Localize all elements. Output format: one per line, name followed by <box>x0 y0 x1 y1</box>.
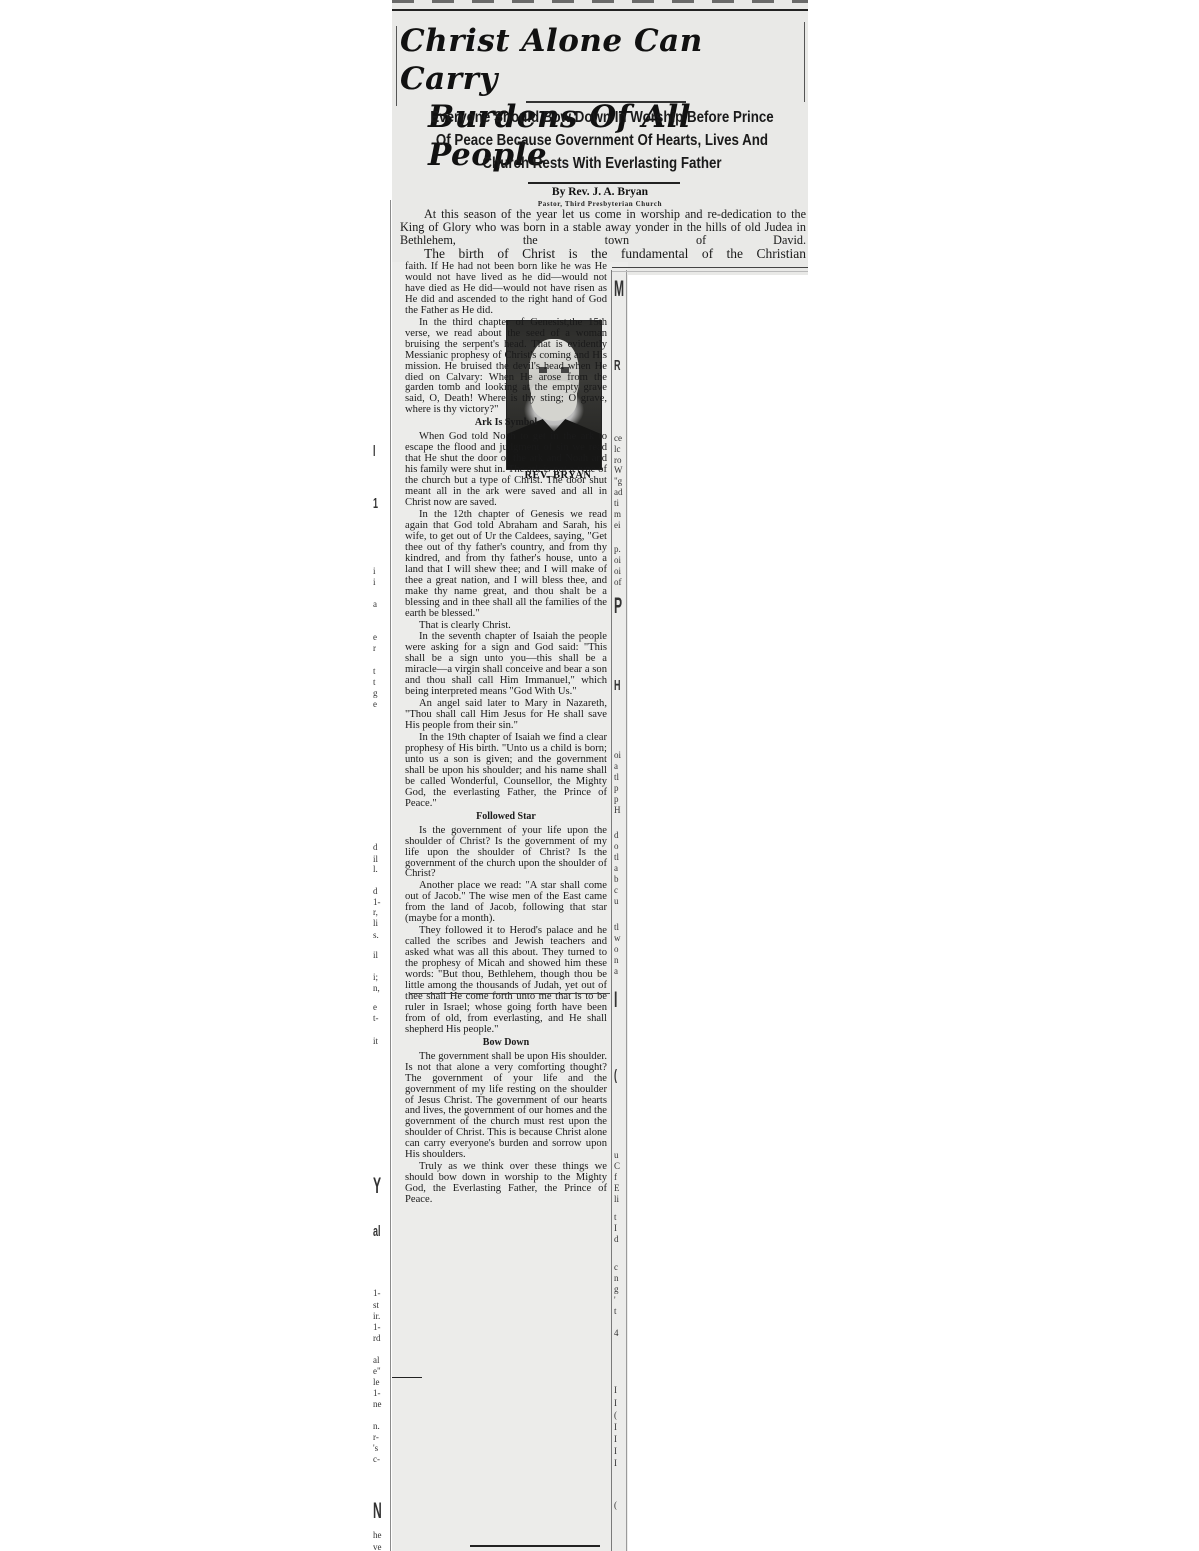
adjacent-text-fragment: e <box>373 632 377 643</box>
adjacent-column-left-fragments: l1iiaerttgedill.d1-r,lis.ili;n,et-itYal1… <box>372 262 390 1551</box>
adjacent-text-fragment: c <box>614 885 618 896</box>
adjacent-text-fragment: li <box>614 1194 619 1205</box>
adjacent-text-fragment: t- <box>373 1013 379 1024</box>
adjacent-text-fragment: d <box>614 1234 619 1245</box>
body-paragraph: The government shall be upon His shoulde… <box>405 1052 607 1162</box>
adjacent-text-fragment: li <box>373 918 378 929</box>
byline: By Rev. J. A. Bryan <box>392 186 808 198</box>
adjacent-text-fragment: st <box>373 1300 379 1311</box>
adjacent-text-fragment: e" <box>373 1366 381 1377</box>
adjacent-text-fragment: ce <box>614 433 622 444</box>
adjacent-text-fragment: d <box>614 830 619 841</box>
adjacent-text-fragment: M <box>614 283 624 294</box>
adjacent-text-fragment: it <box>373 1036 378 1047</box>
adjacent-text-fragment: I <box>614 1385 617 1396</box>
column-rule-middle-outer <box>626 270 627 1551</box>
body-paragraph: They followed it to Herod's palace and h… <box>405 926 607 1036</box>
adjacent-text-fragment: ne <box>373 1399 382 1410</box>
body-paragraph: Another place we read: "A star shall com… <box>405 881 607 925</box>
adjacent-text-fragment: n, <box>373 983 380 994</box>
adjacent-text-fragment: I <box>614 1446 617 1457</box>
adjacent-text-fragment: "g <box>614 476 622 487</box>
body-paragraph: In the 19th chapter of Isaiah we find a … <box>405 733 607 810</box>
adjacent-text-fragment: 1- <box>373 1322 381 1333</box>
adjacent-text-fragment: i <box>373 566 376 577</box>
column-rule-middle <box>611 270 612 1551</box>
adjacent-text-fragment: W <box>614 465 623 476</box>
adjacent-text-fragment: P <box>614 600 622 611</box>
adjacent-text-fragment: n. <box>373 1421 380 1432</box>
adjacent-text-fragment: 's <box>373 1443 378 1454</box>
adjacent-text-fragment: n <box>614 1273 619 1284</box>
adjacent-text-fragment: oi <box>614 555 621 566</box>
adjacent-text-fragment: g <box>373 688 378 699</box>
adjacent-text-fragment: p <box>614 783 619 794</box>
adjacent-text-fragment: Y <box>373 1180 381 1191</box>
adjacent-text-fragment: I <box>614 1398 617 1409</box>
column-rule-left <box>390 200 391 1551</box>
adjacent-text-fragment: ve <box>373 1542 382 1551</box>
adjacent-text-fragment: t <box>373 677 376 688</box>
adjacent-text-fragment: I <box>614 994 617 1005</box>
adjacent-text-fragment: f <box>614 1172 617 1183</box>
adjacent-text-fragment: t <box>614 1212 617 1223</box>
adjacent-text-fragment: he <box>373 1530 382 1541</box>
adjacent-text-fragment: u <box>614 896 619 907</box>
top-bleed-previous-headline <box>392 0 808 8</box>
scan-artifact-line <box>410 993 610 994</box>
adjacent-text-fragment: I <box>614 1458 617 1469</box>
adjacent-text-fragment: n <box>614 955 619 966</box>
article-end-rule <box>470 1545 600 1547</box>
adjacent-column-right-fragments: MRcelcroW"gadtimeip.oioiofPHoiatlppHdotl… <box>613 262 626 1551</box>
adjacent-text-fragment: i <box>373 577 376 588</box>
adjacent-text-fragment: tl <box>614 852 619 863</box>
adjacent-text-fragment: l. <box>373 864 378 875</box>
adjacent-text-fragment: m <box>614 509 621 520</box>
adjacent-text-fragment: o <box>614 841 619 852</box>
adjacent-text-fragment: I <box>614 1223 617 1234</box>
headline-line-1: Christ Alone Can Carry <box>400 22 805 98</box>
adjacent-text-fragment: lc <box>614 444 621 455</box>
adjacent-text-fragment: s. <box>373 930 379 941</box>
adjacent-text-fragment: ( <box>614 1500 617 1511</box>
adjacent-text-fragment: ad <box>614 487 623 498</box>
adjacent-text-fragment: N <box>373 1505 382 1516</box>
body-paragraph: When God told Noah to get in the ark to … <box>405 432 607 509</box>
adjacent-text-fragment: E <box>614 1183 620 1194</box>
adjacent-text-fragment: al <box>373 1355 380 1366</box>
adjacent-text-fragment: a <box>614 863 618 874</box>
body-paragraph: Truly as we think over these things we s… <box>405 1162 607 1206</box>
headline-divider <box>526 101 686 103</box>
adjacent-text-fragment: R <box>614 360 621 371</box>
adjacent-text-fragment: g <box>614 1284 619 1295</box>
adjacent-text-fragment: 1- <box>373 1388 381 1399</box>
adjacent-text-fragment: c- <box>373 1454 380 1465</box>
adjacent-text-fragment: ' <box>614 1295 616 1306</box>
adjacent-text-fragment: c <box>614 1262 618 1273</box>
body-paragraph: Is the government of your life upon the … <box>405 826 607 881</box>
top-rule <box>392 9 808 11</box>
adjacent-text-fragment: a <box>614 761 618 772</box>
body-paragraph: An angel said later to Mary in Nazareth,… <box>405 699 607 732</box>
adjacent-text-fragment: p. <box>614 544 621 555</box>
section-divider <box>612 267 808 268</box>
adjacent-text-fragment: r- <box>373 1432 379 1443</box>
lead-text: At this season of the year let us come i… <box>400 208 806 261</box>
adjacent-text-fragment: b <box>614 874 619 885</box>
adjacent-text-fragment: oi <box>614 566 621 577</box>
adjacent-text-fragment: w <box>614 933 621 944</box>
section-divider-shadow <box>612 271 808 272</box>
adjacent-text-fragment: ti <box>614 498 619 509</box>
adjacent-text-fragment: e <box>373 1002 377 1013</box>
adjacent-text-fragment: 4 <box>614 1328 619 1339</box>
lead-paragraph: The birth of Christ is the fundamental o… <box>400 247 806 261</box>
adjacent-text-fragment: r <box>373 643 376 654</box>
adjacent-text-fragment: t <box>373 666 376 677</box>
adjacent-text-fragment: I <box>614 1422 617 1433</box>
adjacent-text-fragment: 1- <box>373 1288 381 1299</box>
adjacent-text-fragment: H <box>614 680 621 691</box>
adjacent-text-fragment: l <box>373 446 376 457</box>
adjacent-text-fragment: ir. <box>373 1311 380 1322</box>
adjacent-text-fragment: tl <box>614 922 619 933</box>
lead-paragraph: At this season of the year let us come i… <box>400 208 806 247</box>
adjacent-text-fragment: ( <box>614 1410 617 1421</box>
adjacent-text-fragment: d <box>373 842 378 853</box>
adjacent-text-fragment: 1 <box>373 498 378 509</box>
body-paragraph: In the seventh chapter of Isaiah the peo… <box>405 632 607 698</box>
adjacent-text-fragment: e <box>373 699 377 710</box>
adjacent-text-fragment: I <box>614 1434 617 1445</box>
adjacent-text-fragment: H <box>614 805 621 816</box>
adjacent-text-fragment: o <box>614 944 619 955</box>
scan-artifact-line <box>392 1377 422 1378</box>
section-subhead: Followed Star <box>405 812 607 823</box>
adjacent-text-fragment: ( <box>614 1070 617 1081</box>
adjacent-text-fragment: ei <box>614 520 621 531</box>
body-paragraph: That is clearly Christ. <box>405 621 607 632</box>
adjacent-text-fragment: t <box>614 1306 617 1317</box>
adjacent-text-fragment: of <box>614 577 622 588</box>
adjacent-text-fragment: tl <box>614 772 619 783</box>
byline-divider <box>528 182 680 184</box>
subheadline: Everyone Should Bow Down In Worship Befo… <box>427 106 778 175</box>
body-paragraph: faith. If He had not been born like he w… <box>405 262 607 317</box>
adjacent-text-fragment: p <box>614 794 619 805</box>
adjacent-text-fragment: r, <box>373 907 378 918</box>
section-subhead: Ark Is Symbol <box>405 418 607 429</box>
body-paragraph: In the 12th chapter of Genesis we read a… <box>405 510 607 620</box>
adjacent-text-fragment: rd <box>373 1333 381 1344</box>
body-paragraph: In the third chapter of Genesist,the 15t… <box>405 318 607 417</box>
adjacent-text-fragment: u <box>614 1150 619 1161</box>
adjacent-text-fragment: oi <box>614 750 621 761</box>
adjacent-text-fragment: il <box>373 950 378 961</box>
adjacent-text-fragment: al <box>373 1226 381 1237</box>
section-subhead: Bow Down <box>405 1038 607 1049</box>
adjacent-text-fragment: C <box>614 1161 620 1172</box>
headline-frame-left <box>396 26 397 106</box>
adjacent-text-fragment: d <box>373 886 378 897</box>
adjacent-text-fragment: a <box>373 599 377 610</box>
adjacent-text-fragment: a <box>614 966 618 977</box>
article-body: faith. If He had not been born like he w… <box>405 262 607 1207</box>
adjacent-text-fragment: i; <box>373 972 378 983</box>
adjacent-text-fragment: le <box>373 1377 380 1388</box>
